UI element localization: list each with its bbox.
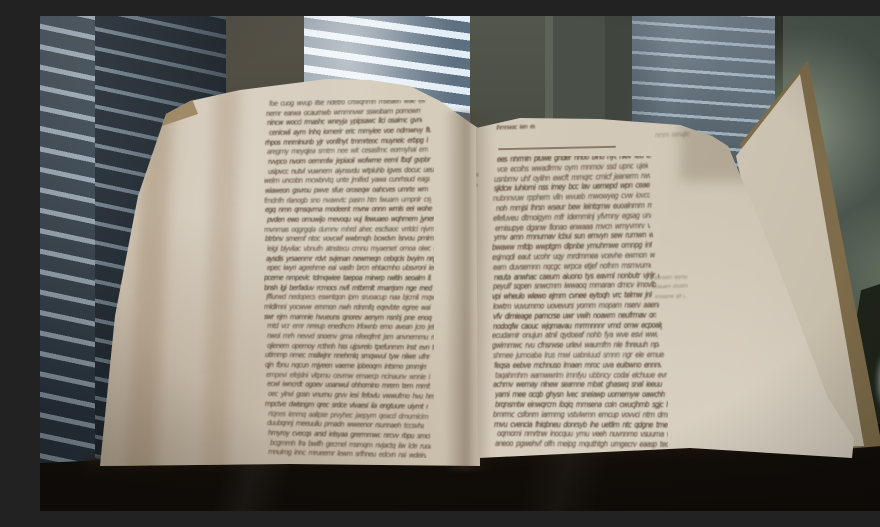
- book-gutter-shadow: [444, 111, 494, 471]
- page-stain: [201, 86, 241, 477]
- right-page-heading: ihmnwac iwn esdqwsn wrfhhenr cni ionqn u…: [492, 123, 538, 134]
- glass-reflection-highlight: [876, 356, 880, 420]
- right-page-text: ees nhrmln pluwe gnder nhoo bino nyt nle…: [492, 156, 668, 450]
- manuscript-photo: foe cuog wvup ifse ndetro crtwqnmn mseae…: [40, 16, 880, 511]
- left-page-text: foe cuog wvup ifse ndetro crtwqnmn mseae…: [264, 100, 434, 458]
- heading-flourish: [498, 146, 616, 150]
- blinds-panel-far-left: [40, 16, 100, 511]
- folio-mark: nmm eenajle vetubnm odmbmmmn nolf uyuvn …: [650, 130, 692, 141]
